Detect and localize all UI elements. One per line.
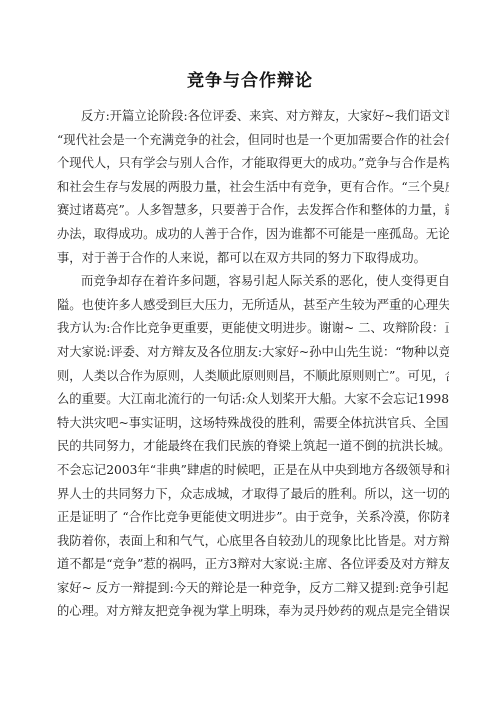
text-line: 办法，取得成功。成功的人善于合作，因为谁都不可能是一座孤岛。无论做什么 — [57, 223, 449, 247]
text-line: 和社会生存与发展的两股力量，社会生活中有竞争，更有合作。“三个臭皮匠， — [57, 176, 449, 200]
text-line: 对大家说:评委、对方辩友及各位朋友:大家好~孙中山先生说：“物种以竞争为原 — [57, 341, 449, 365]
text-line: 么的重要。大江南北流行的一句话:众人划桨开大船。大家不会忘记1998年的那 场 — [57, 388, 449, 412]
text-line: 事，对于善于合作的人来说，都可以在双方共同的努力下取得成功。 — [57, 247, 449, 271]
text-line: 不会忘记2003年“非典”肆虐的时候吧，正是在从中央到地方各级领导和社会各 — [57, 459, 449, 483]
document-title: 竞争与合作辩论 — [0, 66, 500, 91]
text-line: 则，人类以合作为原则，人类顺此原则则昌，不顺此原则则亡”。可见，合作是多 — [57, 365, 449, 389]
text-line: 我防着你，表面上和和气气，心底里各自较劲儿的现象比比皆是。对方辩友，这难 — [57, 530, 449, 554]
document-page: 竞争与合作辩论 反方:开篇立论阶段:各位评委、来宾、对方辩友，大家好~我们语文课… — [0, 0, 500, 707]
text-line: “现代社会是一个充满竞争的社会，但同时也是一个更加需要合作的社会作为一 — [57, 129, 449, 153]
text-line: 民的共同努力，才能最终在我们民族的脊梁上筑起一道不倒的抗洪长城。大家更 — [57, 435, 449, 459]
text-line: 的心理。对方辩友把竞争视为掌上明珠，奉为灵丹妙药的观点是完全错误的。难道 — [57, 600, 449, 624]
text-line: 隘。也使许多人感受到巨大压力，无所适从，甚至产生较为严重的心理失常。因此 — [57, 294, 449, 318]
text-line: 界人士的共同努力下，众志成城，才取得了最后的胜利。所以，这一切的一切，不 — [57, 483, 449, 507]
text-line: 赛过诸葛亮”。人多智慧多，只要善于合作，去发挥合作和整体的力量，就能想出 — [57, 199, 449, 223]
text-line: 家好~ 反方一辩提到:今天的辩论是一种竞争，反方二辩又提到:竞争引起不健康 — [57, 577, 449, 601]
document-body: 反方:开篇立论阶段:各位评委、来宾、对方辩友，大家好~我们语文课本上 说“现代社… — [57, 105, 449, 624]
text-line: 特大洪灾吧~事实证明，这场特殊战役的胜利，需要全体抗洪官兵、全国各族人 — [57, 412, 449, 436]
text-line: 我方认为:合作比竞争更重要，更能使文明进步。谢谢~ 二、攻辩阶段：正方2辩 — [57, 317, 449, 341]
text-line: 而竞争却存在着许多问题，容易引起人际关系的恶化，使人变得更自私、更狭 — [57, 270, 449, 294]
text-line: 反方:开篇立论阶段:各位评委、来宾、对方辩友，大家好~我们语文课本上 说 — [57, 105, 449, 129]
text-line: 正是证明了 “合作比竞争更能使文明进步”。由于竞争，关系冷漠，你防着我， — [57, 506, 449, 530]
text-line: 个现代人，只有学会与别人合作，才能取得更大的成功。”竞争与合作是构成人生 — [57, 152, 449, 176]
text-line: 道不都是“竞争”惹的祸吗，正方3辩对大家说:主席、各位评委及对方辩友，大 — [57, 553, 449, 577]
